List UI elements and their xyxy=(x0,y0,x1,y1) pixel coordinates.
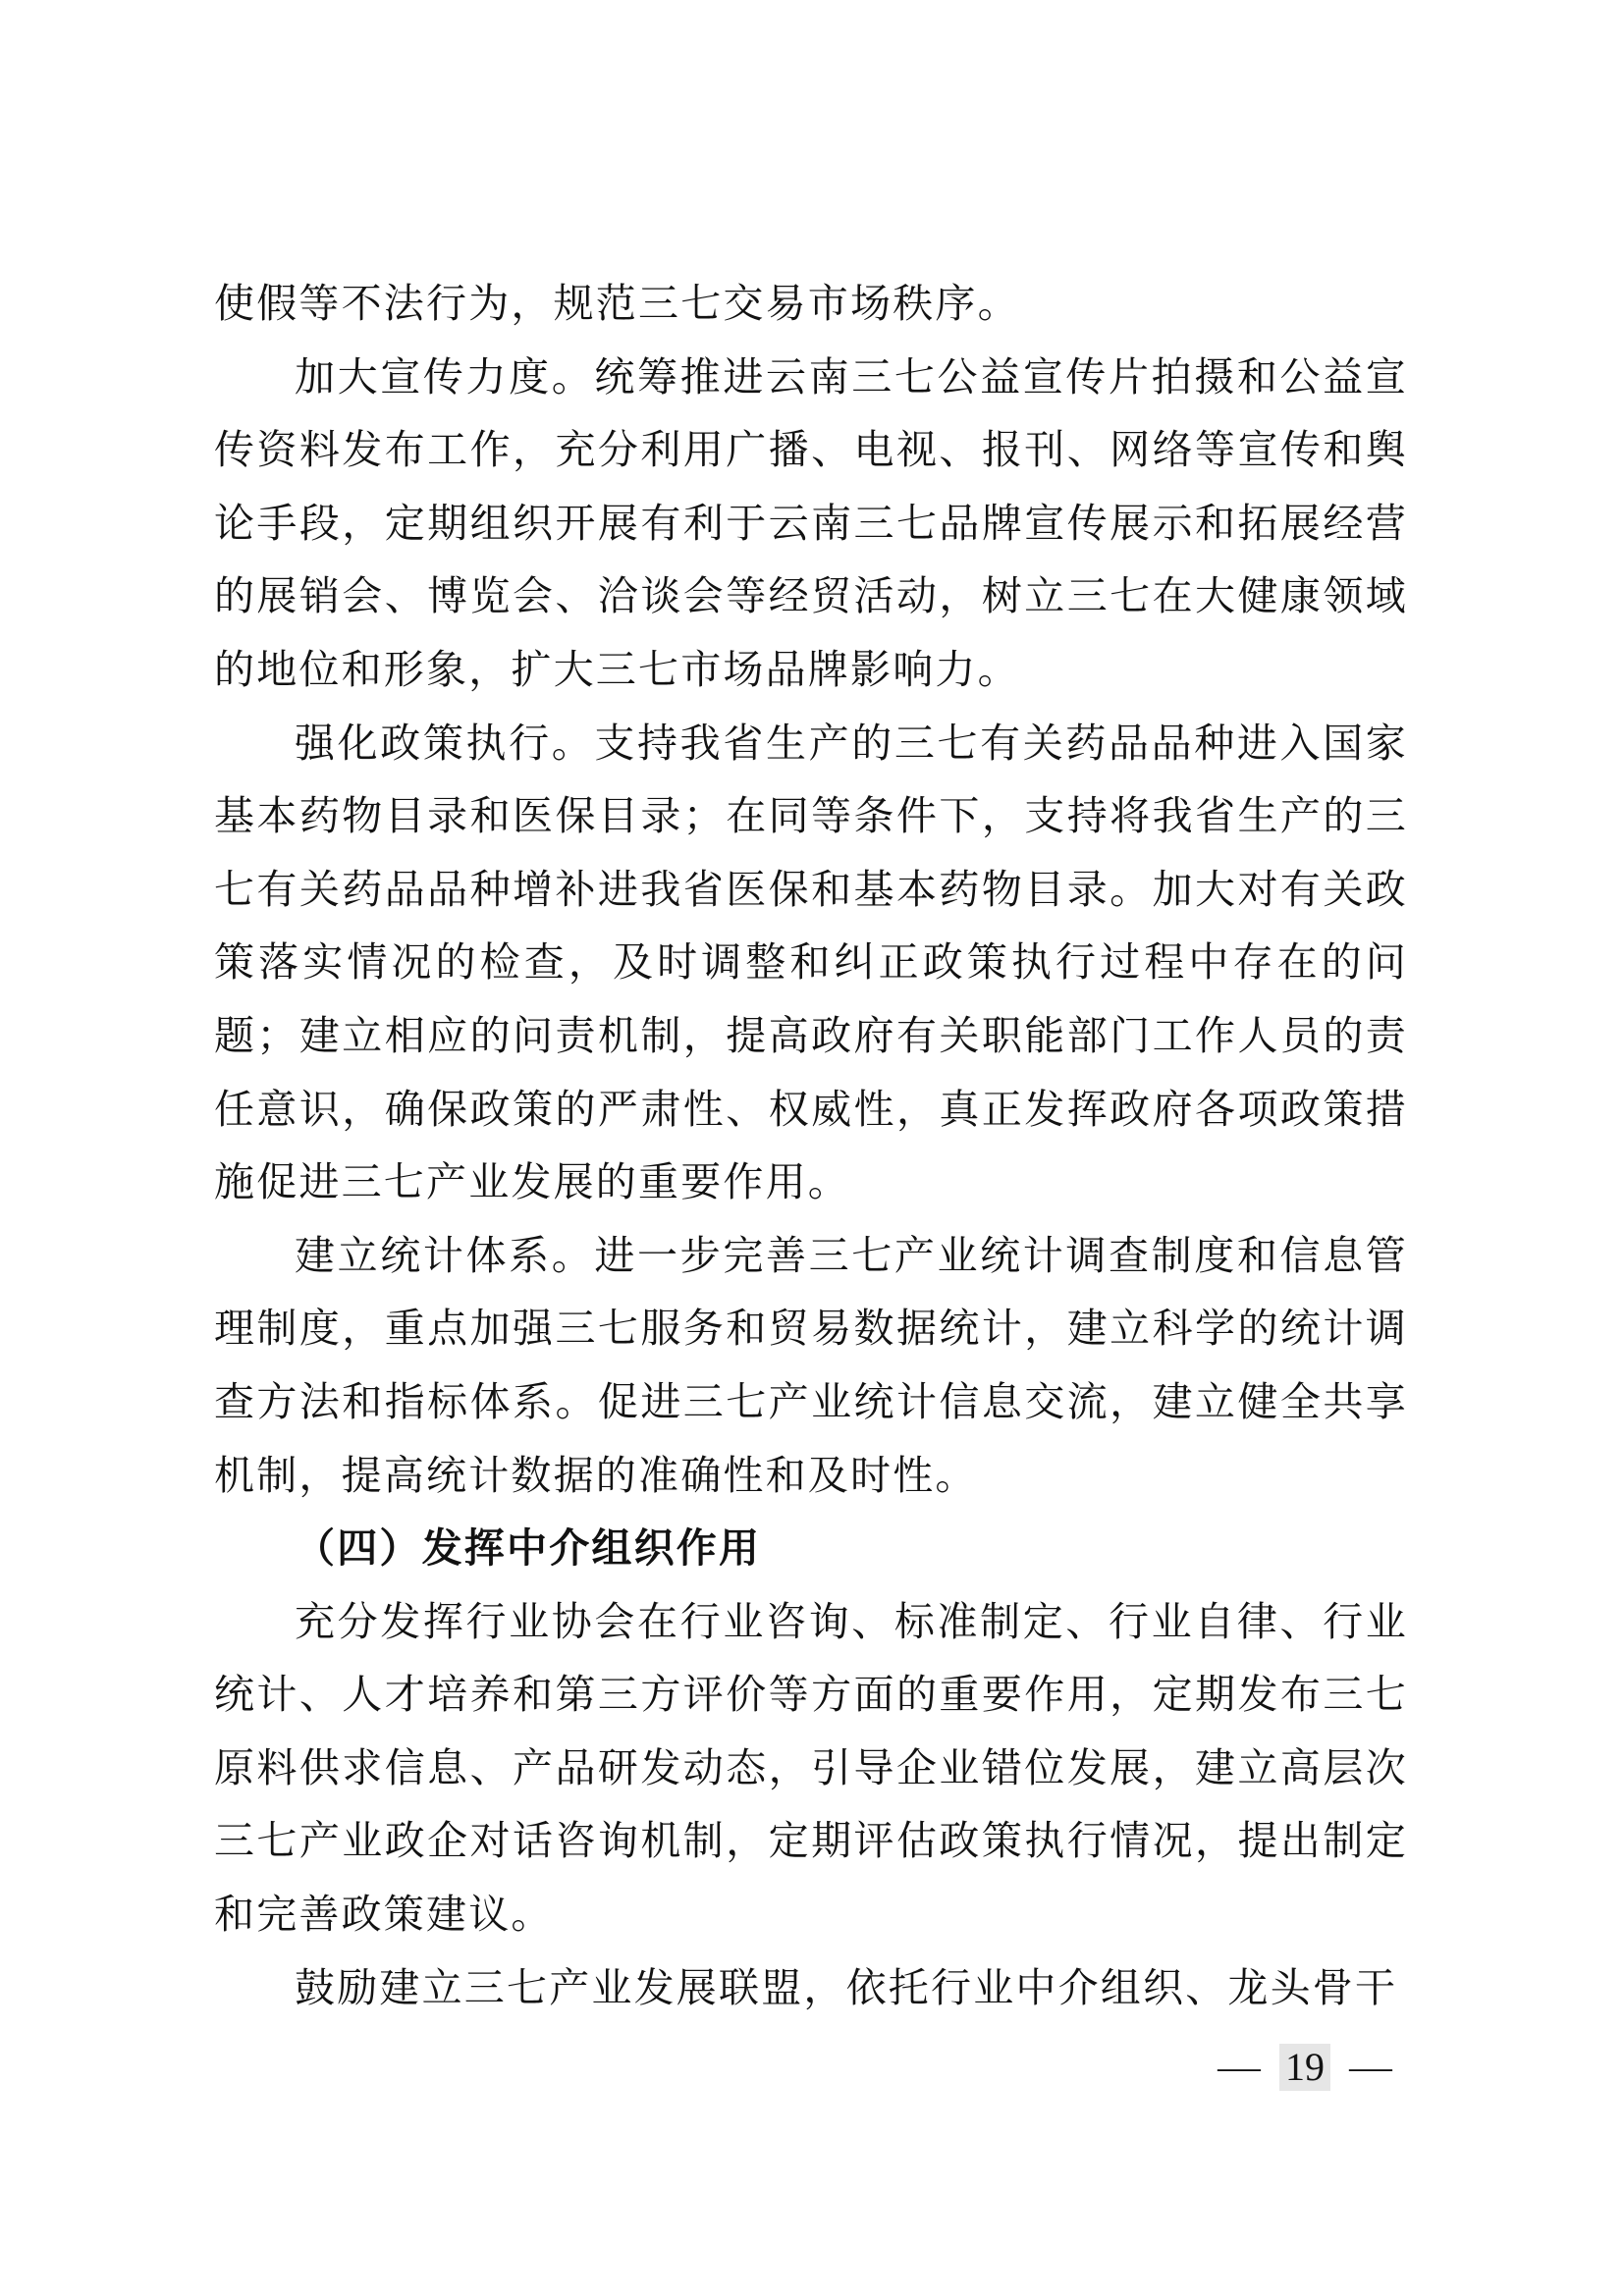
page-number: 19 xyxy=(1279,2044,1330,2091)
continuation-paragraph: 使假等不法行为，规范三七交易市场秩序。 xyxy=(214,267,1408,341)
body-paragraph-publicity: 加大宣传力度。统筹推进云南三七公益宣传片拍摄和公益宣传资料发布工作，充分利用广播… xyxy=(214,341,1408,707)
document-page: 使假等不法行为，规范三七交易市场秩序。 加大宣传力度。统筹推进云南三七公益宣传片… xyxy=(0,0,1624,2296)
footer-dash-left: — xyxy=(1218,2044,1261,2091)
body-paragraph-statistics-system: 建立统计体系。进一步完善三七产业统计调查制度和信息管理制度，重点加强三七服务和贸… xyxy=(214,1219,1408,1512)
body-paragraph-industry-association: 充分发挥行业协会在行业咨询、标准制定、行业自律、行业统计、人才培养和第三方评价等… xyxy=(214,1585,1408,1951)
body-paragraph-policy-enforcement: 强化政策执行。支持我省生产的三七有关药品品种进入国家基本药物目录和医保目录；在同… xyxy=(214,707,1408,1219)
page-footer: — 19 — xyxy=(1220,2044,1389,2091)
section-heading: （四）发挥中介组织作用 xyxy=(214,1512,1408,1585)
document-body: 使假等不法行为，规范三七交易市场秩序。 加大宣传力度。统筹推进云南三七公益宣传片… xyxy=(214,267,1408,2024)
body-paragraph-industry-alliance: 鼓励建立三七产业发展联盟，依托行业中介组织、龙头骨干 xyxy=(214,1951,1408,2025)
footer-dash-right: — xyxy=(1349,2044,1392,2091)
